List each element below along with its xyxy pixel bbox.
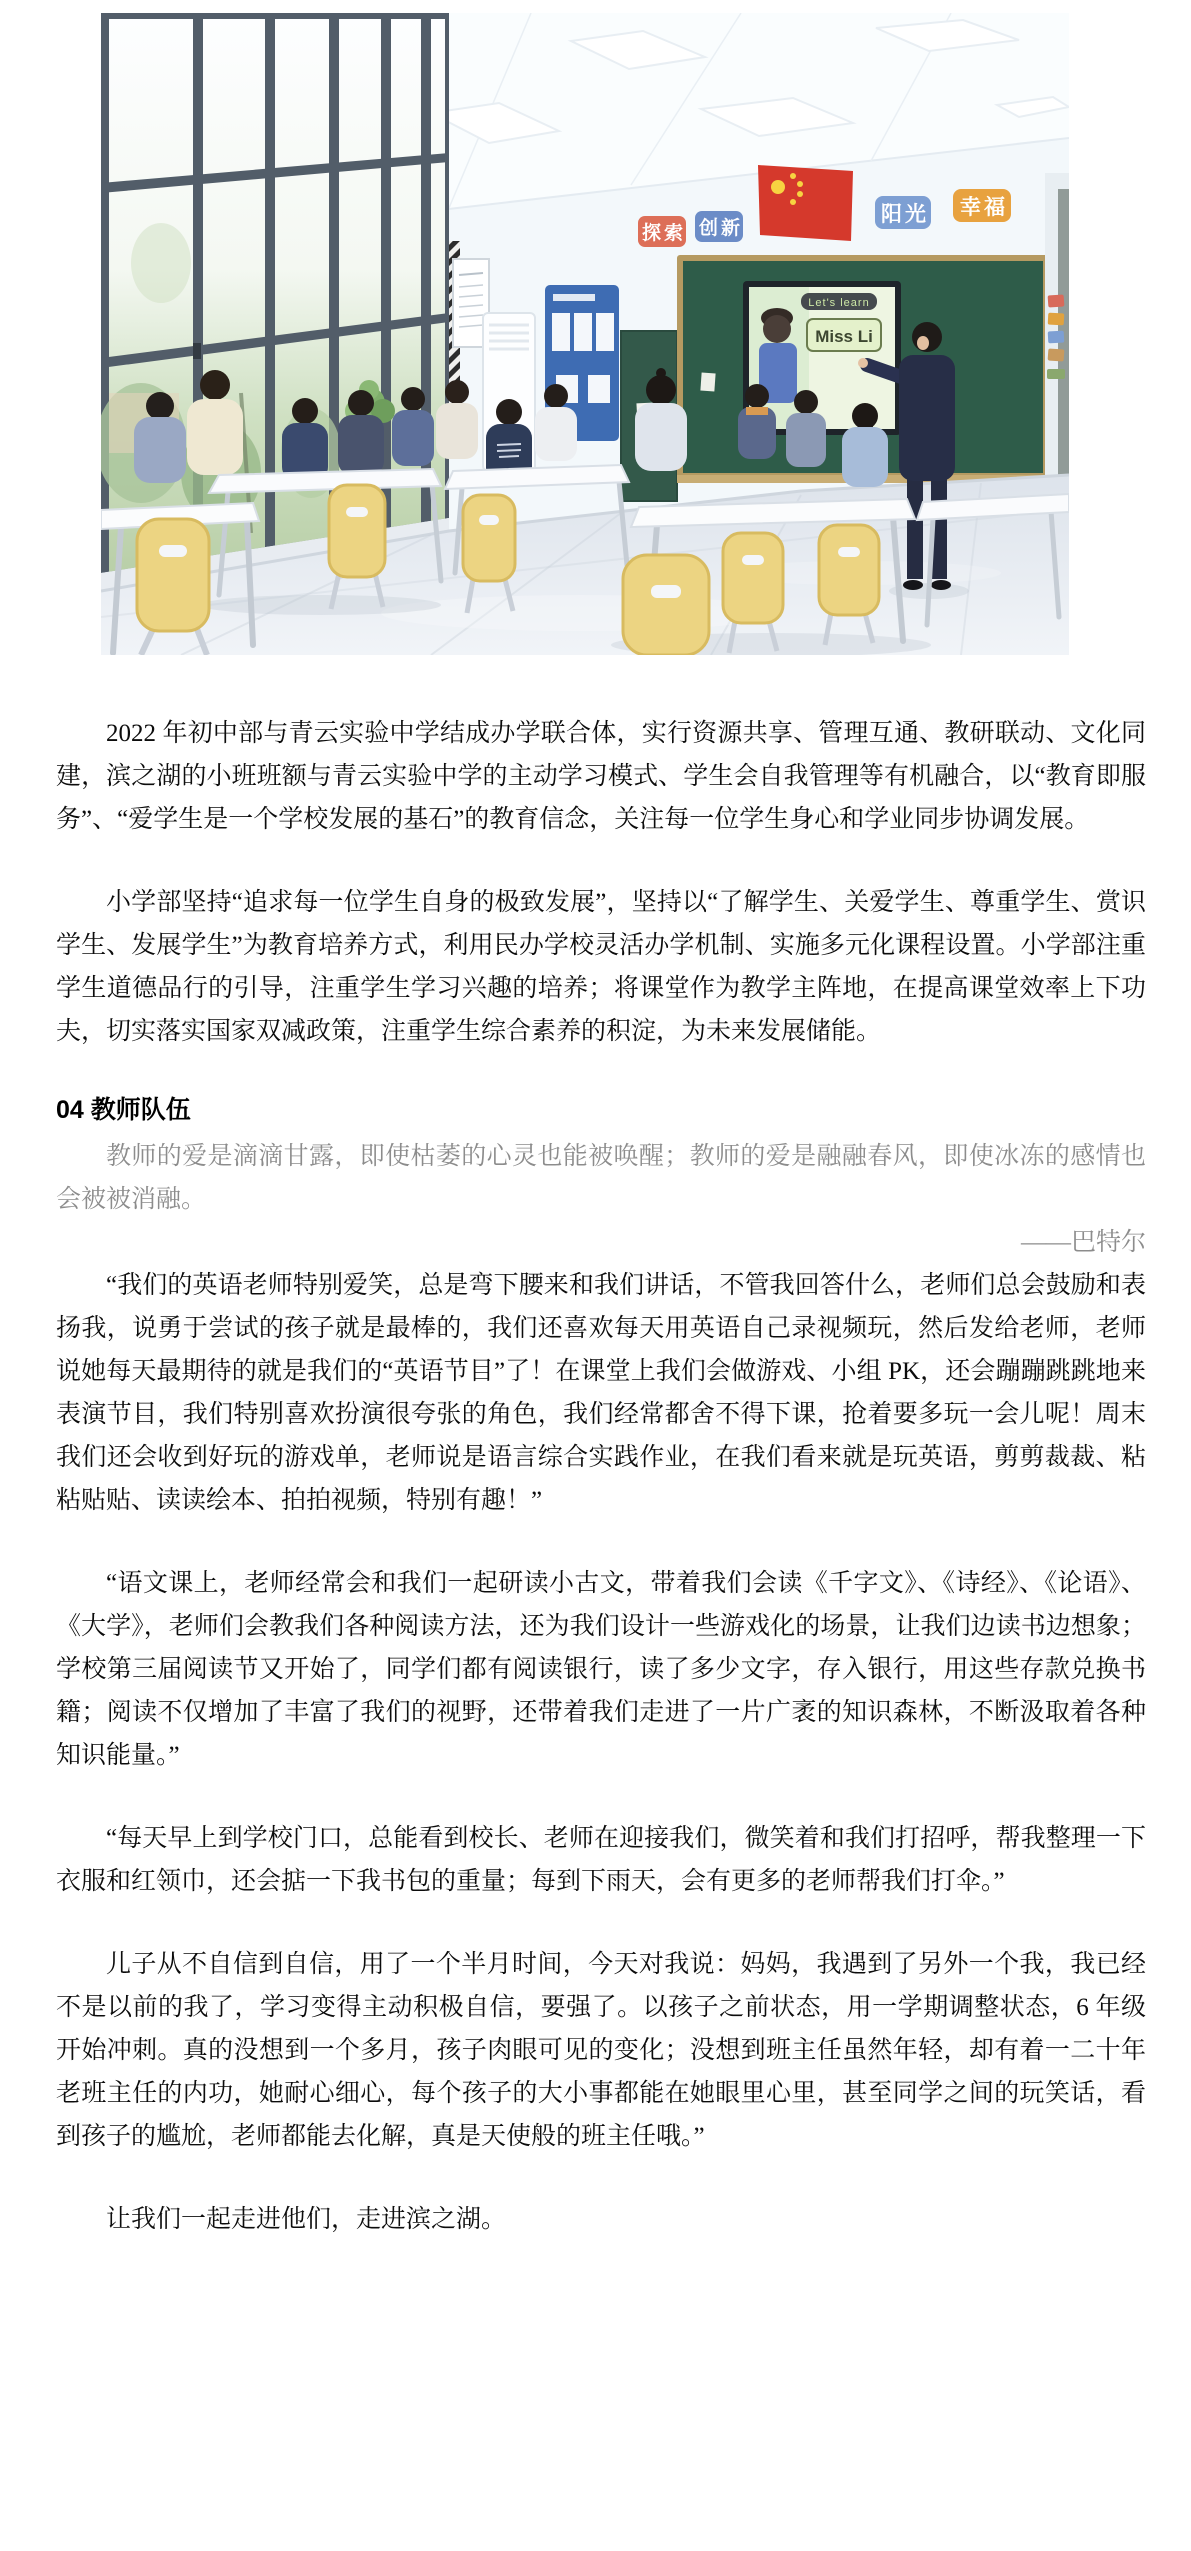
wall-sign-happiness: 幸福 — [960, 196, 1008, 219]
paragraph-joint-school: 2022 年初中部与青云实验中学结成办学联合体，实行资源共享、管理互通、教研联动… — [56, 712, 1146, 841]
classroom-photo-scene: Let's learn Miss Li — [101, 13, 1069, 655]
chair — [623, 555, 709, 655]
wall-sign-sunshine: 阳光 — [881, 202, 929, 226]
wall-sign-innovate: 创新 — [698, 216, 743, 239]
paragraph-primary-section: 小学部坚持“追求每一位学生自身的极致发展”，坚持以“了解学生、关爱学生、尊重学生… — [56, 881, 1146, 1053]
quote-attribution: ——巴特尔 — [56, 1221, 1146, 1264]
paragraph-parent-testimony: 儿子从不自信到自信，用了一个半月时间，今天对我说：妈妈，我遇到了另外一个我，我已… — [56, 1943, 1146, 2158]
wall-sign-explore: 探索 — [642, 221, 686, 244]
article-page: Let's learn Miss Li — [0, 0, 1191, 2551]
screen-name-card-text: Miss Li — [815, 327, 873, 346]
teacher-love-quote: 教师的爱是滴滴甘露，即使枯萎的心灵也能被唤醒；教师的爱是融融春风，即使冰冻的感情… — [56, 1135, 1146, 1221]
paragraph-chinese-class: “语文课上，老师经常会和我们一起研读小古文，带着我们会读《千字文》、《诗经》、《… — [56, 1562, 1146, 1777]
right-pillar — [1045, 173, 1069, 485]
classroom-photo: Let's learn Miss Li — [101, 13, 1069, 655]
article-body: 2022 年初中部与青云实验中学结成办学联合体，实行资源共享、管理互通、教研联动… — [0, 668, 1191, 2281]
paragraph-closing: 让我们一起走进他们，走进滨之湖。 — [56, 2198, 1146, 2241]
paragraph-morning-greeting: “每天早上到学校门口，总能看到校长、老师在迎接我们，微笑着和我们打招呼，帮我整理… — [56, 1817, 1146, 1903]
screen-caption-text: Let's learn — [808, 297, 869, 309]
china-flag — [758, 165, 853, 241]
paragraph-english-teacher: “我们的英语老师特别爱笑，总是弯下腰来和我们讲话，不管我回答什么，老师们总会鼓励… — [56, 1264, 1146, 1522]
section-heading-teachers: 04 教师队伍 — [56, 1093, 1146, 1127]
